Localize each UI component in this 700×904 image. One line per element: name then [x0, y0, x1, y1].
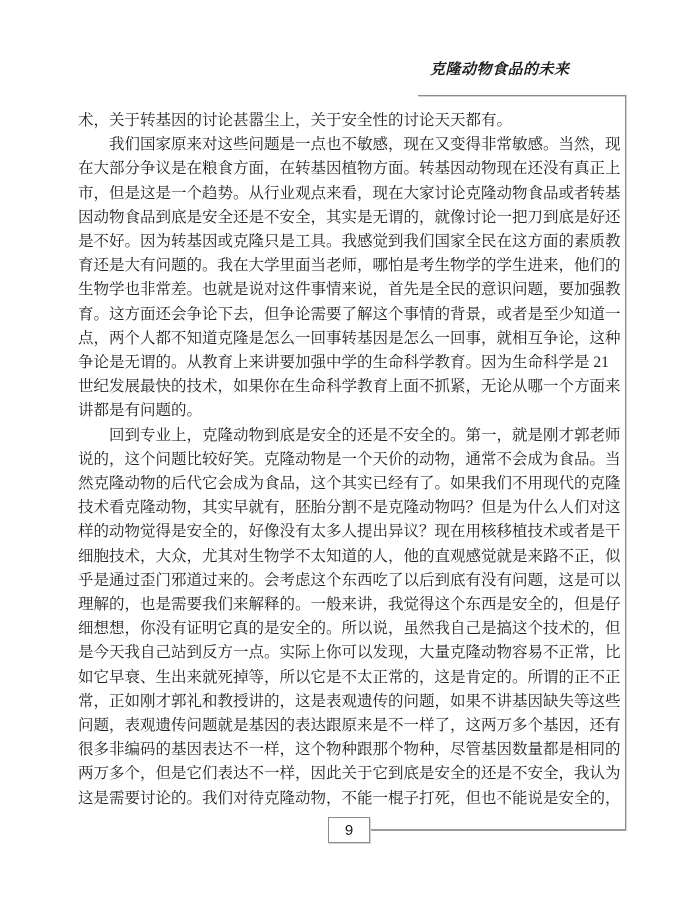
text-line: 两万多个，但是它们表达不一样，因此关于它到底是安全的还是不安全，我认为 — [78, 762, 624, 786]
text-line: 是今天我自己站到反方一点。实际上你可以发现，大量克隆动物容易不正常，比 — [78, 641, 624, 665]
text-line: 育。这方面还会争论下去，但争论需要了解这个事情的背景，或者是至少知道一 — [78, 303, 624, 327]
text-line: 如它早衰、生出来就死掉等，所以它是不太正常的，这是肯定的。所谓的正不正 — [78, 666, 624, 690]
text-line: 这是需要讨论的。我们对待克隆动物，不能一棍子打死，但也不能说是安全的， — [78, 787, 624, 811]
text-line: 然克隆动物的后代它会成为食品，这个其实已经有了。如果我们不用现代的克隆 — [78, 472, 624, 496]
text-line: 细胞技术，大众，尤其对生物学不太知道的人，他的直观感觉就是来路不正，似 — [78, 545, 624, 569]
text-line: 术，关于转基因的讨论甚嚣尘上，关于安全性的讨论天天都有。 — [78, 109, 624, 133]
page-number: 9 — [345, 822, 353, 839]
text-line: 争论是无谓的。从教育上来讲要加强中学的生命科学教育。因为生命科学是 21 — [78, 351, 624, 375]
text-line: 回到专业上，克隆动物到底是安全的还是不安全的。第一，就是刚才郭老师 — [78, 424, 624, 448]
text-line: 乎是通过歪门邪道过来的。会考虑这个东西吃了以后到底有没有问题，这是可以 — [78, 569, 624, 593]
right-side-rule — [625, 95, 626, 831]
running-head-title: 克隆动物食品的未来 — [430, 58, 630, 79]
text-line: 说的，这个问题比较好笑。克隆动物是一个天价的动物，通常不会成为食品。当 — [78, 448, 624, 472]
text-line: 技术看克隆动物，其实早就有，胚胎分割不是克隆动物吗？但是为什么人们对这 — [78, 496, 624, 520]
text-line: 样的动物觉得是安全的，好像没有太多人提出异议？现在用核移植技术或者是干 — [78, 520, 624, 544]
text-line: 细想想，你没有证明它真的是安全的。所以说，虽然我自己是搞这个技术的，但 — [78, 617, 624, 641]
text-line: 很多非编码的基因表达不一样，这个物种跟那个物种，尽管基因数量都是相同的 — [78, 738, 624, 762]
body-text: 术，关于转基因的讨论甚嚣尘上，关于安全性的讨论天天都有。我们国家原来对这些问题是… — [78, 109, 624, 811]
text-line: 在大部分争议是在粮食方面，在转基因植物方面。转基因动物现在还没有真正上 — [78, 157, 624, 181]
text-line: 生物学也非常差。也就是说对这件事情来说，首先是全民的意识问题，要加强教 — [78, 278, 624, 302]
text-line: 常，正如刚才郭礼和教授讲的，这是表观遗传的问题，如果不讲基因缺失等这些 — [78, 690, 624, 714]
text-line: 市，但是这是一个趋势。从行业观点来看，现在大家讨论克隆动物食品或者转基 — [78, 182, 624, 206]
text-line: 育还是大有问题的。我在大学里面当老师，哪怕是考生物学的学生进来，他们的 — [78, 254, 624, 278]
header-rule — [418, 95, 626, 96]
book-page: 克隆动物食品的未来 术，关于转基因的讨论甚嚣尘上，关于安全性的讨论天天都有。我们… — [0, 0, 700, 904]
text-line: 是不好。因为转基因或克隆只是工具。我感觉到我们国家全民在这方面的素质教 — [78, 230, 624, 254]
text-line: 因动物食品到底是安全还是不安全，其实是无谓的，就像讨论一把刀到底是好还 — [78, 206, 624, 230]
text-line: 理解的，也是需要我们来解释的。一般来讲，我觉得这个东西是安全的，但是仔 — [78, 593, 624, 617]
text-line: 世纪发展最快的技术，如果你在生命科学教育上面不抓紧，无论从哪一个方面来 — [78, 375, 624, 399]
text-line: 我们国家原来对这些问题是一点也不敏感，现在又变得非常敏感。当然，现 — [78, 133, 624, 157]
text-line: 问题，表观遗传问题就是基因的表达跟原来是不一样了，这两万多个基因，还有 — [78, 714, 624, 738]
text-line: 讲都是有问题的。 — [78, 399, 624, 423]
footer-rule — [370, 829, 626, 831]
page-number-box: 9 — [328, 817, 370, 843]
text-line: 点，两个人都不知道克隆是怎么一回事转基因是怎么一回事，就相互争论，这种 — [78, 327, 624, 351]
